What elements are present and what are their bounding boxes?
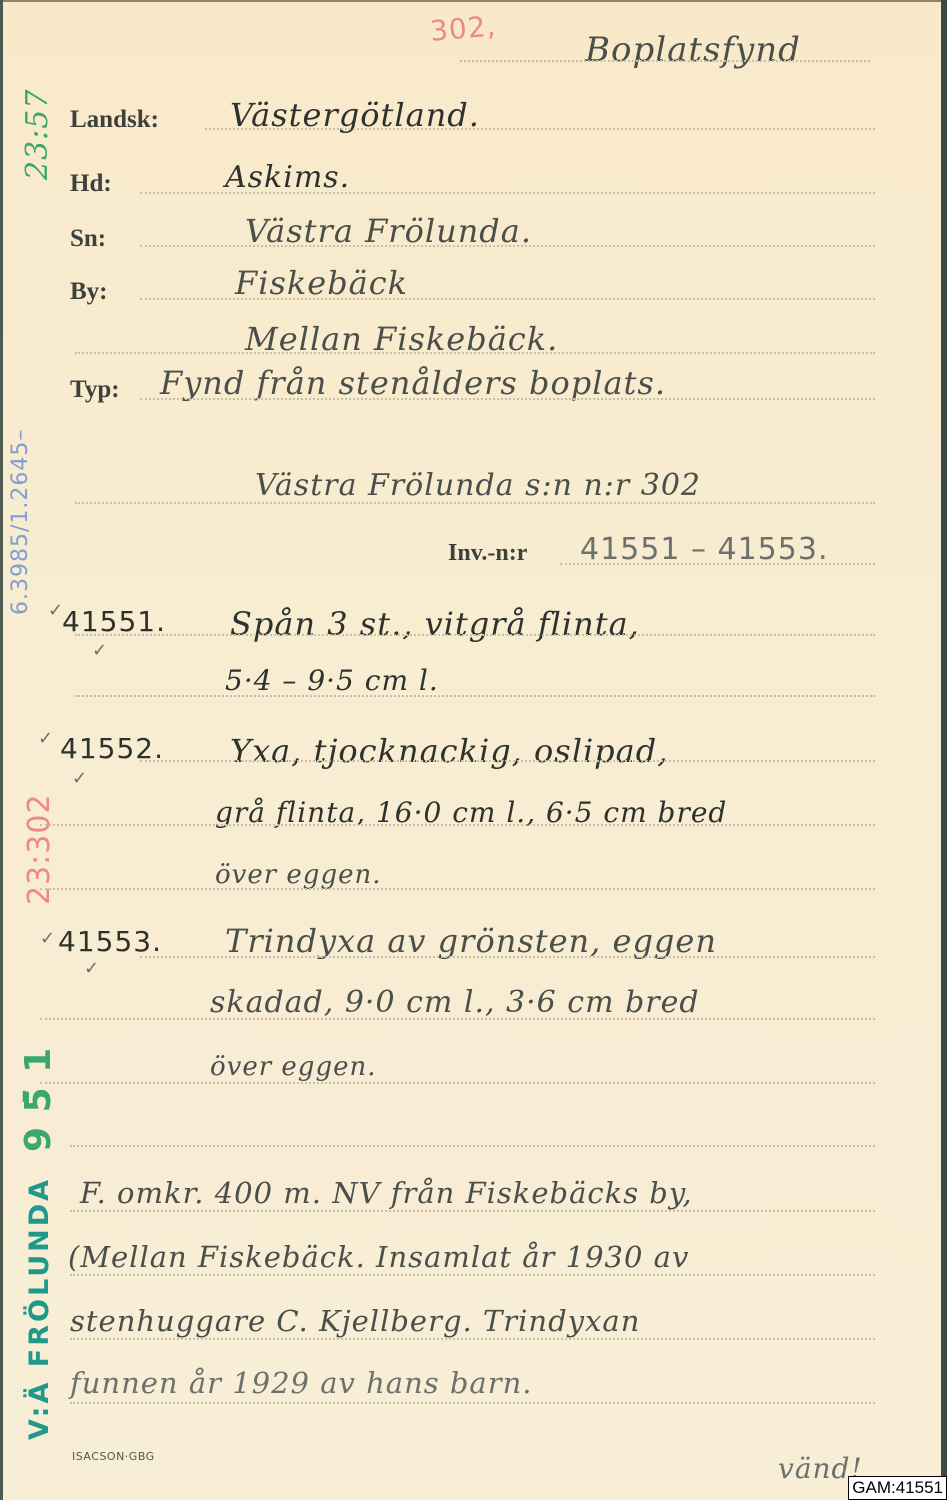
- item-description-line: över eggen.: [210, 1052, 377, 1082]
- dotted-line: [75, 352, 875, 354]
- catalog-card: 302, Boplatsfynd 23:57 Landsk: Västergöt…: [0, 0, 947, 1500]
- field-value-by: Fiskebäck: [235, 264, 408, 302]
- checkmark-icon: ✓: [84, 958, 99, 979]
- field-label-by: By:: [70, 278, 108, 306]
- dotted-line: [40, 824, 875, 826]
- dotted-line: [140, 760, 875, 762]
- find-note-line: (Mellan Fiskebäck. Insamlat år 1930 av: [68, 1240, 689, 1274]
- find-note-line: F. omkr. 400 m. NV från Fiskebäcks by,: [80, 1176, 693, 1210]
- item-description-line: skadad, 9·0 cm l., 3·6 cm bred: [210, 985, 700, 1020]
- dotted-line: [140, 245, 875, 247]
- field-label-typ: Typ:: [70, 376, 120, 404]
- checkmark-icon: ✓: [40, 928, 55, 949]
- card-edge-top: [0, 0, 947, 2]
- dotted-line: [40, 1018, 875, 1020]
- checkmark-icon: ✓: [48, 600, 63, 621]
- item-description-line: Yxa, tjocknackig, oslipad,: [230, 732, 668, 770]
- item-description-line: Trindyxa av grönsten, eggen: [225, 922, 717, 960]
- field-label-hd: Hd:: [70, 170, 112, 198]
- checkmark-icon: ✓: [38, 728, 53, 749]
- dotted-line: [140, 956, 875, 958]
- inventory-label: Inv.-n:r: [448, 540, 527, 567]
- inventory-range: 41551 – 41553.: [580, 532, 828, 567]
- blue-margin-reference: 6.3985/1.2645–: [8, 429, 33, 615]
- dotted-line: [205, 128, 875, 130]
- site-reference: Västra Frölunda s:n n:r 302: [255, 468, 701, 503]
- dotted-line: [75, 695, 875, 697]
- dotted-line: [140, 192, 875, 194]
- dotted-line: [75, 502, 875, 504]
- dotted-line: [70, 1338, 875, 1340]
- card-edge-left: [0, 0, 3, 1500]
- dotted-line: [75, 634, 875, 636]
- item-description-line: 5·4 – 9·5 cm l.: [225, 664, 439, 697]
- field-label-landsk: Landsk:: [70, 106, 159, 134]
- card-edge-right: [941, 0, 947, 1500]
- dotted-line: [460, 60, 870, 62]
- category-heading: Boplatsfynd: [585, 30, 801, 70]
- checkmark-icon: ✓: [92, 640, 107, 661]
- field-value-typ: Fynd från stenålders boplats.: [160, 364, 666, 402]
- printer-imprint: ISACSON·GBG: [72, 1450, 155, 1463]
- parish-stamp: V:Ä FRÖLUNDA: [24, 1177, 55, 1440]
- dotted-line: [70, 1274, 875, 1276]
- dotted-line: [140, 298, 875, 300]
- dotted-line: [70, 1402, 875, 1404]
- find-note-line: funnen år 1929 av hans barn.: [70, 1366, 532, 1400]
- green-margin-number: 23:57: [20, 89, 55, 180]
- dotted-line: [560, 563, 875, 565]
- red-site-number: 302,: [429, 9, 498, 48]
- item-number: 41553.: [58, 925, 162, 958]
- dotted-line: [70, 1210, 875, 1212]
- find-note-line: stenhuggare C. Kjellberg. Trindyxan: [70, 1304, 640, 1338]
- checkmark-icon: ✓: [72, 768, 87, 789]
- item-description-line: över eggen.: [215, 860, 382, 890]
- catalog-id-label: GAM:41551: [848, 1476, 947, 1500]
- field-value-hd: Askims.: [225, 160, 350, 195]
- green-catalog-number: 9 5̄ 1: [18, 1047, 59, 1152]
- dotted-line: [140, 398, 875, 400]
- dotted-line: [40, 888, 875, 890]
- field-label-sn: Sn:: [70, 225, 106, 253]
- dotted-line: [70, 1145, 875, 1147]
- item-description-line: Spån 3 st., vitgrå flinta,: [230, 605, 640, 643]
- dotted-line: [40, 1082, 875, 1084]
